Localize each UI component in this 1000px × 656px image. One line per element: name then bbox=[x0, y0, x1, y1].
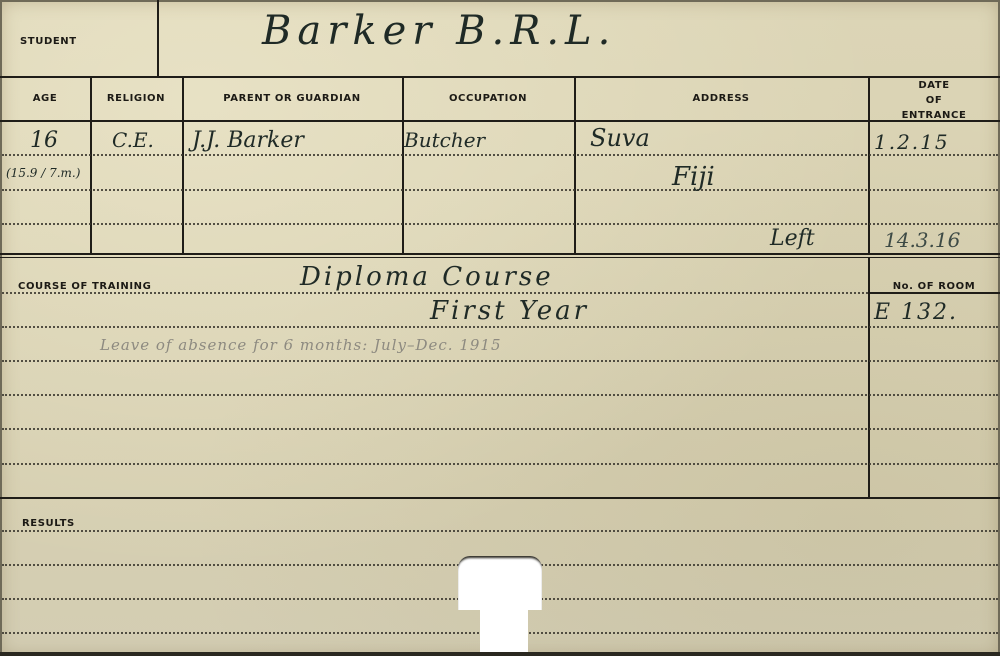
card-bottom-edge bbox=[0, 652, 1000, 656]
student-name: Barker B.R.L. bbox=[262, 8, 616, 54]
course-section-bottom bbox=[0, 497, 1000, 499]
col-header-age: AGE bbox=[0, 91, 90, 106]
course-rule-6 bbox=[2, 463, 998, 465]
record-card: STUDENT Barker B.R.L. AGE RELIGION PAREN… bbox=[0, 0, 1000, 656]
rule-details-bottom bbox=[0, 253, 1000, 255]
student-label: STUDENT bbox=[20, 34, 77, 49]
rule-top-section bbox=[0, 76, 1000, 78]
results-label: RESULTS bbox=[22, 516, 75, 531]
age-value: 16 bbox=[30, 128, 58, 153]
course-rule-3 bbox=[2, 360, 998, 362]
filing-notch-upper bbox=[458, 556, 542, 610]
parent-value: J.J. Barker bbox=[192, 128, 304, 153]
date-left: 14.3.16 bbox=[884, 228, 960, 252]
col-header-religion: RELIGION bbox=[90, 91, 182, 106]
course-rule-4 bbox=[2, 394, 998, 396]
rule-details-bottom-2 bbox=[0, 257, 1000, 258]
col-header-occupation: OCCUPATION bbox=[402, 91, 574, 106]
col-header-date: DATE OF ENTRANCE bbox=[868, 78, 1000, 123]
detail-row-rule-3 bbox=[2, 223, 998, 225]
col-header-parent: PARENT OR GUARDIAN bbox=[182, 91, 402, 106]
detail-row-rule-2 bbox=[2, 189, 998, 191]
filing-notch-lower bbox=[480, 606, 528, 656]
age-note: (15.9 / 7.m.) bbox=[6, 166, 80, 180]
date-label-line1: DATE bbox=[868, 78, 1000, 93]
room-column-divider bbox=[868, 258, 870, 498]
course-rule-1 bbox=[2, 292, 868, 294]
results-rule-1 bbox=[2, 530, 998, 532]
date-label-line2: OF bbox=[868, 93, 1000, 108]
course-rule-5 bbox=[2, 428, 998, 430]
occupation-value: Butcher bbox=[404, 128, 485, 152]
detail-row-rule-1 bbox=[2, 154, 998, 156]
course-rule-2 bbox=[2, 326, 998, 328]
date-of-entrance: 1.2.15 bbox=[874, 130, 950, 154]
course-line2: First Year bbox=[430, 296, 589, 326]
address-line1: Suva bbox=[590, 124, 650, 152]
room-number: E 132. bbox=[874, 300, 958, 325]
course-line1: Diploma Course bbox=[300, 262, 554, 292]
leave-of-absence-note: Leave of absence for 6 months: July–Dec.… bbox=[100, 336, 502, 354]
left-label: Left bbox=[770, 226, 815, 251]
address-line2: Fiji bbox=[672, 162, 715, 192]
religion-value: C.E. bbox=[112, 128, 154, 152]
rule-student-divider bbox=[157, 0, 159, 77]
rule-header-bottom bbox=[0, 120, 1000, 122]
date-label-line3: ENTRANCE bbox=[868, 108, 1000, 123]
col-header-address: ADDRESS bbox=[574, 91, 868, 106]
room-label-underline bbox=[868, 292, 1000, 294]
